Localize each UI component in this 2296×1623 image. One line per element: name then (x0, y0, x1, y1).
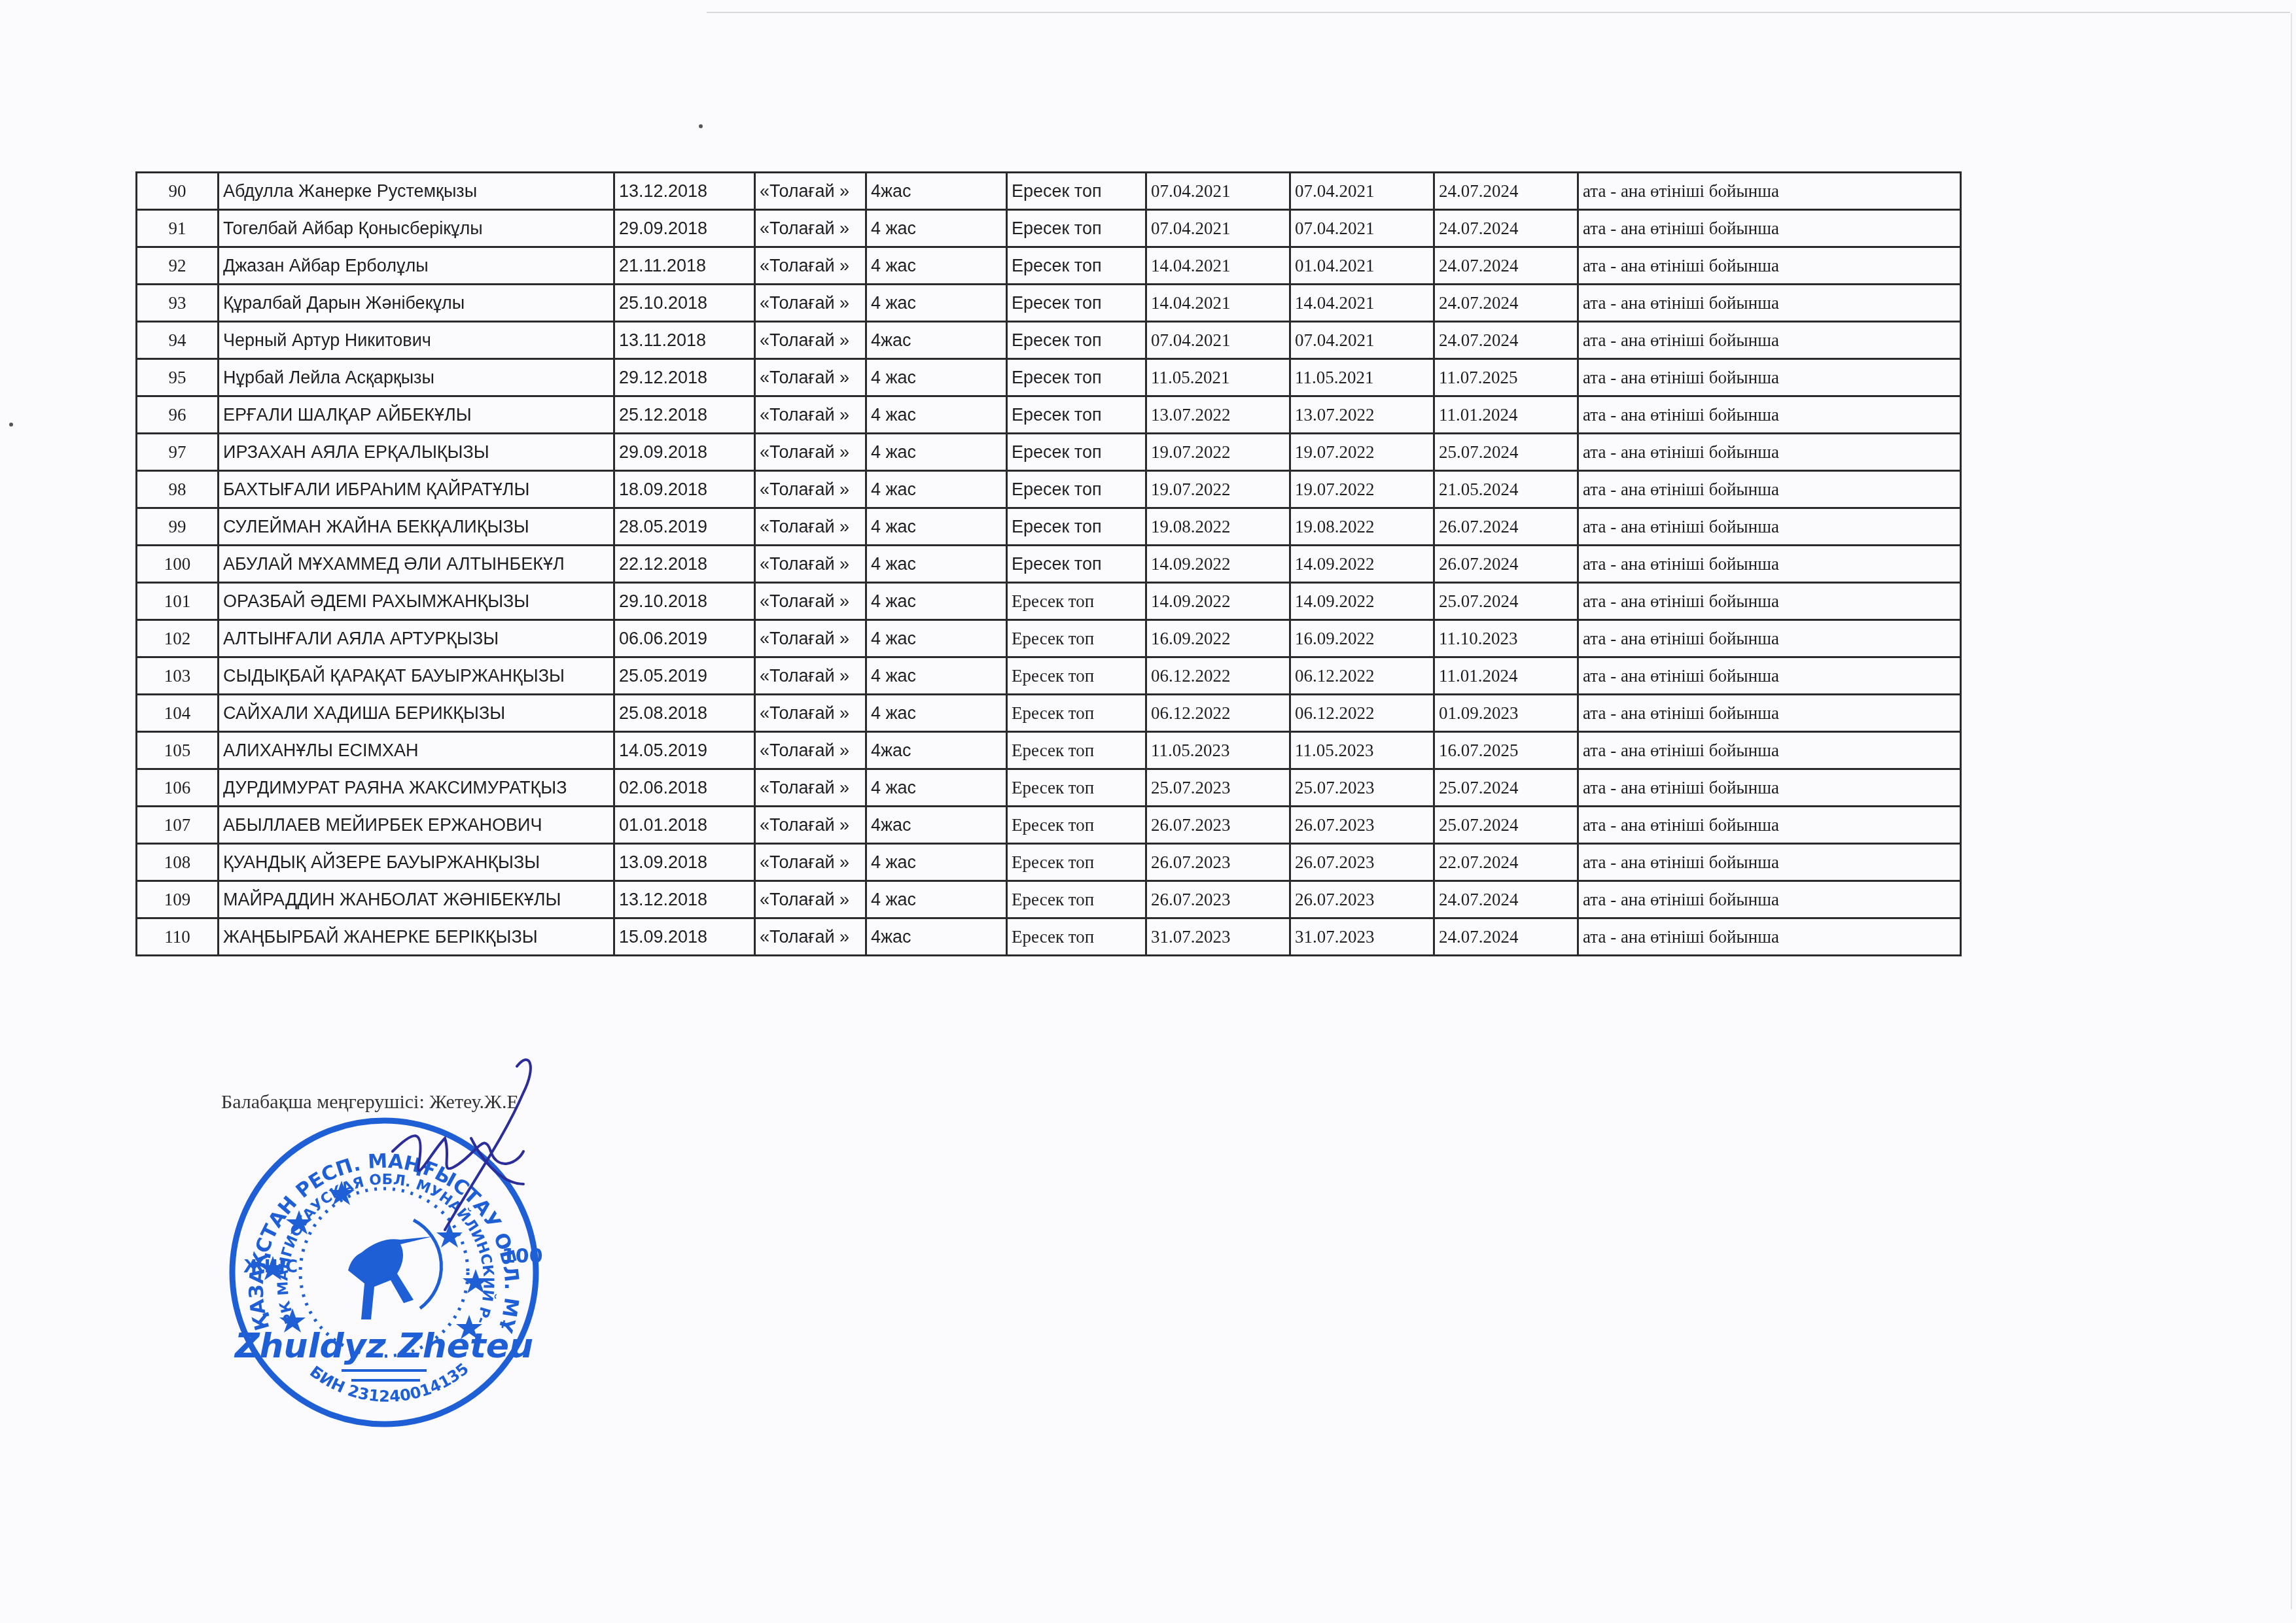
birth-date: 01.01.2018 (614, 807, 755, 844)
birth-date: 25.12.2018 (614, 396, 755, 434)
group-name: «Толағай » (755, 546, 866, 583)
row-number: 98 (137, 471, 219, 508)
departure-reason: ата - ана өтініші бойынша (1578, 695, 1961, 732)
order-date: 26.07.2023 (1290, 881, 1434, 918)
birth-date: 15.09.2018 (614, 918, 755, 956)
group-level: Ересек топ (1007, 657, 1146, 695)
group-name: «Толағай » (755, 247, 866, 285)
table-row: 104 САЙХАЛИ ХАДИША БЕРИКҚЫЗЫ 25.08.2018 … (137, 695, 1961, 732)
age: 4жас (866, 322, 1007, 359)
order-date: 01.04.2021 (1290, 247, 1434, 285)
child-name: ҚУАНДЫҚ АЙЗЕРЕ БАУЫРЖАНҚЫЗЫ (219, 844, 614, 881)
child-name: Джазан Айбар Ерболұлы (219, 247, 614, 285)
departure-reason: ата - ана өтініші бойынша (1578, 508, 1961, 546)
departure-date: 25.07.2024 (1434, 583, 1578, 620)
group-level: Ересек топ (1007, 769, 1146, 807)
departure-date: 24.07.2024 (1434, 918, 1578, 956)
departure-reason: ата - ана өтініші бойынша (1578, 844, 1961, 881)
departure-reason: ата - ана өтініші бойынша (1578, 620, 1961, 657)
row-number: 90 (137, 173, 219, 210)
age: 4 жас (866, 396, 1007, 434)
departure-reason: ата - ана өтініші бойынша (1578, 881, 1961, 918)
departure-reason: ата - ана өтініші бойынша (1578, 396, 1961, 434)
group-level: Ересек топ (1007, 173, 1146, 210)
admission-date: 07.04.2021 (1146, 322, 1290, 359)
group-level: Ересек топ (1007, 695, 1146, 732)
row-number: 97 (137, 434, 219, 471)
departure-date: 11.01.2024 (1434, 657, 1578, 695)
age: 4 жас (866, 620, 1007, 657)
table-row: 93 Құралбай Дарын Жәнібекұлы 25.10.2018 … (137, 285, 1961, 322)
row-number: 91 (137, 210, 219, 247)
group-level: Ересек топ (1007, 434, 1146, 471)
birth-date: 29.09.2018 (614, 434, 755, 471)
group-level: Ересек топ (1007, 359, 1146, 396)
child-name: Нұрбай Лейла Асқарқызы (219, 359, 614, 396)
admission-date: 26.07.2023 (1146, 844, 1290, 881)
group-name: «Толағай » (755, 620, 866, 657)
admission-date: 14.09.2022 (1146, 583, 1290, 620)
order-date: 19.07.2022 (1290, 434, 1434, 471)
group-level: Ересек топ (1007, 508, 1146, 546)
row-number: 96 (137, 396, 219, 434)
departure-date: 24.07.2024 (1434, 881, 1578, 918)
admission-date: 19.07.2022 (1146, 471, 1290, 508)
admission-date: 13.07.2022 (1146, 396, 1290, 434)
admission-date: 19.07.2022 (1146, 434, 1290, 471)
departure-date: 25.07.2024 (1434, 769, 1578, 807)
departure-date: 11.01.2024 (1434, 396, 1578, 434)
age: 4жас (866, 918, 1007, 956)
row-number: 110 (137, 918, 219, 956)
row-number: 107 (137, 807, 219, 844)
admission-date: 11.05.2023 (1146, 732, 1290, 769)
row-number: 102 (137, 620, 219, 657)
group-name: «Толағай » (755, 210, 866, 247)
age: 4 жас (866, 285, 1007, 322)
admission-date: 11.05.2021 (1146, 359, 1290, 396)
child-name: АБЫЛЛАЕВ МЕЙИРБЕК ЕРЖАНОВИЧ (219, 807, 614, 844)
departure-date: 16.07.2025 (1434, 732, 1578, 769)
table-row: 97 ИРЗАХАН АЯЛА ЕРҚАЛЫҚЫЗЫ 29.09.2018 «Т… (137, 434, 1961, 471)
scan-speck (699, 124, 703, 128)
departure-date: 24.07.2024 (1434, 322, 1578, 359)
group-name: «Толағай » (755, 434, 866, 471)
departure-reason: ата - ана өтініші бойынша (1578, 918, 1961, 956)
departure-reason: ата - ана өтініші бойынша (1578, 247, 1961, 285)
departure-reason: ата - ана өтініші бойынша (1578, 471, 1961, 508)
group-name: «Толағай » (755, 881, 866, 918)
departure-reason: ата - ана өтініші бойынша (1578, 769, 1961, 807)
group-name: «Толағай » (755, 583, 866, 620)
order-date: 07.04.2021 (1290, 322, 1434, 359)
order-date: 07.04.2021 (1290, 173, 1434, 210)
order-date: 19.08.2022 (1290, 508, 1434, 546)
child-name: Құралбай Дарын Жәнібекұлы (219, 285, 614, 322)
birth-date: 25.08.2018 (614, 695, 755, 732)
table-row: 106 ДУРДИМУРАТ РАЯНА ЖАКСИМУРАТҚЫЗ 02.06… (137, 769, 1961, 807)
group-name: «Толағай » (755, 844, 866, 881)
table-row: 96 ЕРҒАЛИ ШАЛҚАР АЙБЕКҰЛЫ 25.12.2018 «То… (137, 396, 1961, 434)
child-name: АЛИХАНҰЛЫ ЕСІМХАН (219, 732, 614, 769)
page-edge (2291, 13, 2292, 1609)
group-level: Ересек топ (1007, 807, 1146, 844)
birth-date: 25.10.2018 (614, 285, 755, 322)
svg-text:Zhuldyz Zheteu: Zhuldyz Zheteu (234, 1327, 533, 1366)
order-date: 11.05.2023 (1290, 732, 1434, 769)
birth-date: 18.09.2018 (614, 471, 755, 508)
table-row: 109 МАЙРАДДИН ЖАНБОЛАТ ЖӘНІБЕКҰЛЫ 13.12.… (137, 881, 1961, 918)
admission-date: 19.08.2022 (1146, 508, 1290, 546)
child-name: АБУЛАЙ МҰХАММЕД ӘЛИ АЛТЫНБЕКҰЛ (219, 546, 614, 583)
row-number: 94 (137, 322, 219, 359)
departure-date: 25.07.2024 (1434, 434, 1578, 471)
table-row: 100 АБУЛАЙ МҰХАММЕД ӘЛИ АЛТЫНБЕКҰЛ 22.12… (137, 546, 1961, 583)
child-name: СЫДЫҚБАЙ ҚАРАҚАТ БАУЫРЖАНҚЫЗЫ (219, 657, 614, 695)
birth-date: 14.05.2019 (614, 732, 755, 769)
group-level: Ересек топ (1007, 210, 1146, 247)
age: 4 жас (866, 881, 1007, 918)
order-date: 06.12.2022 (1290, 657, 1434, 695)
departure-reason: ата - ана өтініші бойынша (1578, 434, 1961, 471)
group-name: «Толағай » (755, 657, 866, 695)
signature-scribble-icon (353, 1053, 569, 1249)
table-row: 98 БАХТЫҒАЛИ ИБРАҺИМ ҚАЙРАТҰЛЫ 18.09.201… (137, 471, 1961, 508)
row-number: 105 (137, 732, 219, 769)
table-row: 107 АБЫЛЛАЕВ МЕЙИРБЕК ЕРЖАНОВИЧ 01.01.20… (137, 807, 1961, 844)
row-number: 99 (137, 508, 219, 546)
group-name: «Толағай » (755, 173, 866, 210)
row-number: 92 (137, 247, 219, 285)
admission-date: 25.07.2023 (1146, 769, 1290, 807)
group-level: Ересек топ (1007, 285, 1146, 322)
departure-reason: ата - ана өтініші бойынша (1578, 583, 1961, 620)
table-row: 110 ЖАҢБЫРБАЙ ЖАНЕРКЕ БЕРІКҚЫЗЫ 15.09.20… (137, 918, 1961, 956)
age: 4жас (866, 173, 1007, 210)
group-name: «Толағай » (755, 807, 866, 844)
order-date: 11.05.2021 (1290, 359, 1434, 396)
age: 4 жас (866, 434, 1007, 471)
departure-date: 24.07.2024 (1434, 210, 1578, 247)
child-name: ЖАҢБЫРБАЙ ЖАНЕРКЕ БЕРІКҚЫЗЫ (219, 918, 614, 956)
order-date: 13.07.2022 (1290, 396, 1434, 434)
birth-date: 29.12.2018 (614, 359, 755, 396)
row-number: 101 (137, 583, 219, 620)
admission-date: 14.09.2022 (1146, 546, 1290, 583)
departure-date: 26.07.2024 (1434, 546, 1578, 583)
group-level: Ересек топ (1007, 396, 1146, 434)
birth-date: 22.12.2018 (614, 546, 755, 583)
order-date: 14.09.2022 (1290, 546, 1434, 583)
order-date: 06.12.2022 (1290, 695, 1434, 732)
birth-date: 13.12.2018 (614, 173, 755, 210)
age: 4жас (866, 807, 1007, 844)
group-level: Ересек топ (1007, 583, 1146, 620)
departure-reason: ата - ана өтініші бойынша (1578, 359, 1961, 396)
scan-speck (9, 423, 13, 427)
departure-date: 24.07.2024 (1434, 173, 1578, 210)
admission-date: 06.12.2022 (1146, 695, 1290, 732)
table-row: 103 СЫДЫҚБАЙ ҚАРАҚАТ БАУЫРЖАНҚЫЗЫ 25.05.… (137, 657, 1961, 695)
age: 4жас (866, 732, 1007, 769)
row-number: 100 (137, 546, 219, 583)
group-name: «Толағай » (755, 359, 866, 396)
child-name: ОРАЗБАЙ ӘДЕМІ РАХЫМЖАНҚЫЗЫ (219, 583, 614, 620)
admission-date: 26.07.2023 (1146, 807, 1290, 844)
departure-date: 24.07.2024 (1434, 247, 1578, 285)
age: 4 жас (866, 359, 1007, 396)
row-number: 93 (137, 285, 219, 322)
group-level: Ересек топ (1007, 620, 1146, 657)
group-level: Ересек топ (1007, 881, 1146, 918)
group-level: Ересек топ (1007, 918, 1146, 956)
age: 4 жас (866, 546, 1007, 583)
departure-reason: ата - ана өтініші бойынша (1578, 807, 1961, 844)
departure-date: 11.10.2023 (1434, 620, 1578, 657)
departure-date: 11.07.2025 (1434, 359, 1578, 396)
order-date: 31.07.2023 (1290, 918, 1434, 956)
group-level: Ересек топ (1007, 844, 1146, 881)
table-row: 105 АЛИХАНҰЛЫ ЕСІМХАН 14.05.2019 «Толаға… (137, 732, 1961, 769)
child-name: МАЙРАДДИН ЖАНБОЛАТ ЖӘНІБЕКҰЛЫ (219, 881, 614, 918)
departure-reason: ата - ана өтініші бойынша (1578, 322, 1961, 359)
departure-date: 24.07.2024 (1434, 285, 1578, 322)
birth-date: 02.06.2018 (614, 769, 755, 807)
departure-date: 25.07.2024 (1434, 807, 1578, 844)
departure-reason: ата - ана өтініші бойынша (1578, 210, 1961, 247)
row-number: 95 (137, 359, 219, 396)
age: 4 жас (866, 657, 1007, 695)
birth-date: 13.09.2018 (614, 844, 755, 881)
departure-date: 26.07.2024 (1434, 508, 1578, 546)
age: 4 жас (866, 583, 1007, 620)
age: 4 жас (866, 471, 1007, 508)
birth-date: 28.05.2019 (614, 508, 755, 546)
departure-reason: ата - ана өтініші бойынша (1578, 732, 1961, 769)
group-name: «Толағай » (755, 918, 866, 956)
table-row: 91 Тогелбай Айбар Қонысберікұлы 29.09.20… (137, 210, 1961, 247)
child-name: Абдулла Жанерке Рустемқызы (219, 173, 614, 210)
birth-date: 21.11.2018 (614, 247, 755, 285)
group-name: «Толағай » (755, 769, 866, 807)
order-date: 14.04.2021 (1290, 285, 1434, 322)
departure-date: 21.05.2024 (1434, 471, 1578, 508)
row-number: 106 (137, 769, 219, 807)
table-row: 99 СУЛЕЙМАН ЖАЙНА БЕКҚАЛИҚЫЗЫ 28.05.2019… (137, 508, 1961, 546)
order-date: 26.07.2023 (1290, 807, 1434, 844)
group-name: «Толағай » (755, 695, 866, 732)
admission-date: 07.04.2021 (1146, 173, 1290, 210)
order-date: 16.09.2022 (1290, 620, 1434, 657)
admission-date: 16.09.2022 (1146, 620, 1290, 657)
departure-date: 01.09.2023 (1434, 695, 1578, 732)
birth-date: 29.10.2018 (614, 583, 755, 620)
roster-table: 90 Абдулла Жанерке Рустемқызы 13.12.2018… (135, 171, 1962, 956)
group-name: «Толағай » (755, 732, 866, 769)
birth-date: 06.06.2019 (614, 620, 755, 657)
group-level: Ересек топ (1007, 247, 1146, 285)
departure-reason: ата - ана өтініші бойынша (1578, 285, 1961, 322)
order-date: 19.07.2022 (1290, 471, 1434, 508)
admission-date: 06.12.2022 (1146, 657, 1290, 695)
row-number: 109 (137, 881, 219, 918)
group-name: «Толағай » (755, 322, 866, 359)
birth-date: 25.05.2019 (614, 657, 755, 695)
birth-date: 29.09.2018 (614, 210, 755, 247)
age: 4 жас (866, 247, 1007, 285)
birth-date: 13.11.2018 (614, 322, 755, 359)
table-row: 102 АЛТЫНҒАЛИ АЯЛА АРТУРҚЫЗЫ 06.06.2019 … (137, 620, 1961, 657)
table-row: 94 Черный Артур Никитович 13.11.2018 «То… (137, 322, 1961, 359)
roster-body: 90 Абдулла Жанерке Рустемқызы 13.12.2018… (137, 173, 1961, 956)
table-row: 90 Абдулла Жанерке Рустемқызы 13.12.2018… (137, 173, 1961, 210)
admission-date: 14.04.2021 (1146, 247, 1290, 285)
group-level: Ересек топ (1007, 732, 1146, 769)
age: 4 жас (866, 508, 1007, 546)
group-level: Ересек топ (1007, 471, 1146, 508)
row-number: 104 (137, 695, 219, 732)
page-edge (707, 12, 2290, 13)
child-name: Черный Артур Никитович (219, 322, 614, 359)
order-date: 25.07.2023 (1290, 769, 1434, 807)
child-name: ИРЗАХАН АЯЛА ЕРҚАЛЫҚЫЗЫ (219, 434, 614, 471)
group-name: «Толағай » (755, 471, 866, 508)
age: 4 жас (866, 210, 1007, 247)
child-name: Тогелбай Айбар Қонысберікұлы (219, 210, 614, 247)
group-name: «Толағай » (755, 396, 866, 434)
admission-date: 26.07.2023 (1146, 881, 1290, 918)
child-name: АЛТЫНҒАЛИ АЯЛА АРТУРҚЫЗЫ (219, 620, 614, 657)
age: 4 жас (866, 769, 1007, 807)
table-row: 101 ОРАЗБАЙ ӘДЕМІ РАХЫМЖАНҚЫЗЫ 29.10.201… (137, 583, 1961, 620)
child-name: ЕРҒАЛИ ШАЛҚАР АЙБЕКҰЛЫ (219, 396, 614, 434)
departure-reason: ата - ана өтініші бойынша (1578, 173, 1961, 210)
child-name: БАХТЫҒАЛИ ИБРАҺИМ ҚАЙРАТҰЛЫ (219, 471, 614, 508)
age: 4 жас (866, 844, 1007, 881)
admission-date: 07.04.2021 (1146, 210, 1290, 247)
child-name: САЙХАЛИ ХАДИША БЕРИКҚЫЗЫ (219, 695, 614, 732)
group-name: «Толағай » (755, 285, 866, 322)
table-row: 95 Нұрбай Лейла Асқарқызы 29.12.2018 «То… (137, 359, 1961, 396)
group-level: Ересек топ (1007, 322, 1146, 359)
table-row: 92 Джазан Айбар Ерболұлы 21.11.2018 «Тол… (137, 247, 1961, 285)
child-name: ДУРДИМУРАТ РАЯНА ЖАКСИМУРАТҚЫЗ (219, 769, 614, 807)
departure-date: 22.07.2024 (1434, 844, 1578, 881)
row-number: 103 (137, 657, 219, 695)
departure-reason: ата - ана өтініші бойынша (1578, 546, 1961, 583)
order-date: 14.09.2022 (1290, 583, 1434, 620)
table-row: 108 ҚУАНДЫҚ АЙЗЕРЕ БАУЫРЖАНҚЫЗЫ 13.09.20… (137, 844, 1961, 881)
order-date: 26.07.2023 (1290, 844, 1434, 881)
svg-text:БИН 231240014135: БИН 231240014135 (306, 1359, 472, 1406)
admission-date: 14.04.2021 (1146, 285, 1290, 322)
departure-reason: ата - ана өтініші бойынша (1578, 657, 1961, 695)
group-level: Ересек топ (1007, 546, 1146, 583)
order-date: 07.04.2021 (1290, 210, 1434, 247)
age: 4 жас (866, 695, 1007, 732)
child-name: СУЛЕЙМАН ЖАЙНА БЕКҚАЛИҚЫЗЫ (219, 508, 614, 546)
row-number: 108 (137, 844, 219, 881)
birth-date: 13.12.2018 (614, 881, 755, 918)
group-name: «Толағай » (755, 508, 866, 546)
admission-date: 31.07.2023 (1146, 918, 1290, 956)
